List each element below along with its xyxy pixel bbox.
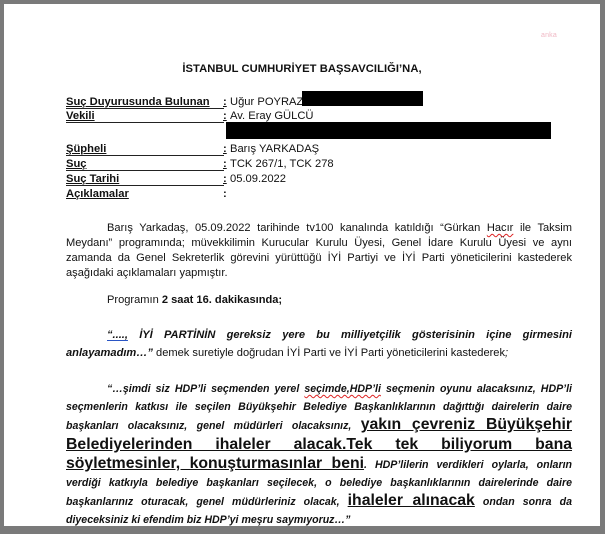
header-value: TCK 267/1, TCK 278 <box>230 157 334 172</box>
header-value: Barış YARKADAŞ <box>230 142 319 157</box>
quote-open: “...., <box>107 329 128 341</box>
header-colon: : <box>223 172 227 187</box>
document-title: İSTANBUL CUMHURİYET BAŞSAVCILIĞI’NA, <box>4 63 600 75</box>
header-label: Suç Tarihi <box>66 172 224 186</box>
redaction-box <box>302 91 423 106</box>
header-value: Uğur POYRAZ <box>230 95 303 110</box>
redaction-box <box>226 122 551 139</box>
paragraph-intro: Barış Yarkadaş, 05.09.2022 tarihinde tv1… <box>66 221 572 281</box>
text: ; <box>505 347 508 359</box>
emphasized-text: ihaleler alınacak <box>348 492 475 509</box>
header-label: Suç <box>66 157 224 171</box>
quote-1: “...., İYİ PARTİNİN gereksiz yere bu mil… <box>66 326 572 362</box>
header-colon: : <box>223 142 227 157</box>
quote-2: “…şimdi siz HDP’li seçmenden yerel seçim… <box>66 380 572 526</box>
text: demek suretiyle doğrudan İYİ Parti ve İY… <box>153 347 505 359</box>
spellcheck-word: seçimde,HDP’li <box>304 383 381 395</box>
header-colon: : <box>223 187 227 202</box>
bold-text: 2 saat 16. dakikasında; <box>162 294 282 306</box>
header-label: Açıklamalar <box>66 187 224 200</box>
header-label: Vekili <box>66 109 224 123</box>
header-colon: : <box>223 157 227 172</box>
text: Programın <box>107 294 162 306</box>
spellcheck-word: Hacır <box>487 222 514 234</box>
watermark: anka <box>541 32 557 39</box>
header-label: Şüpheli <box>66 142 224 156</box>
document-page: anka İSTANBUL CUMHURİYET BAŞSAVCILIĞI’NA… <box>4 4 600 526</box>
paragraph-timestamp: Programın 2 saat 16. dakikasında; <box>66 293 572 308</box>
header-colon: : <box>223 95 227 110</box>
quote-text: “…şimdi siz HDP’li seçmenden yerel <box>107 383 304 395</box>
text: Barış Yarkadaş, 05.09.2022 tarihinde tv1… <box>107 222 487 234</box>
header-label: Suç Duyurusunda Bulunan <box>66 95 224 109</box>
header-value: 05.09.2022 <box>230 172 286 187</box>
